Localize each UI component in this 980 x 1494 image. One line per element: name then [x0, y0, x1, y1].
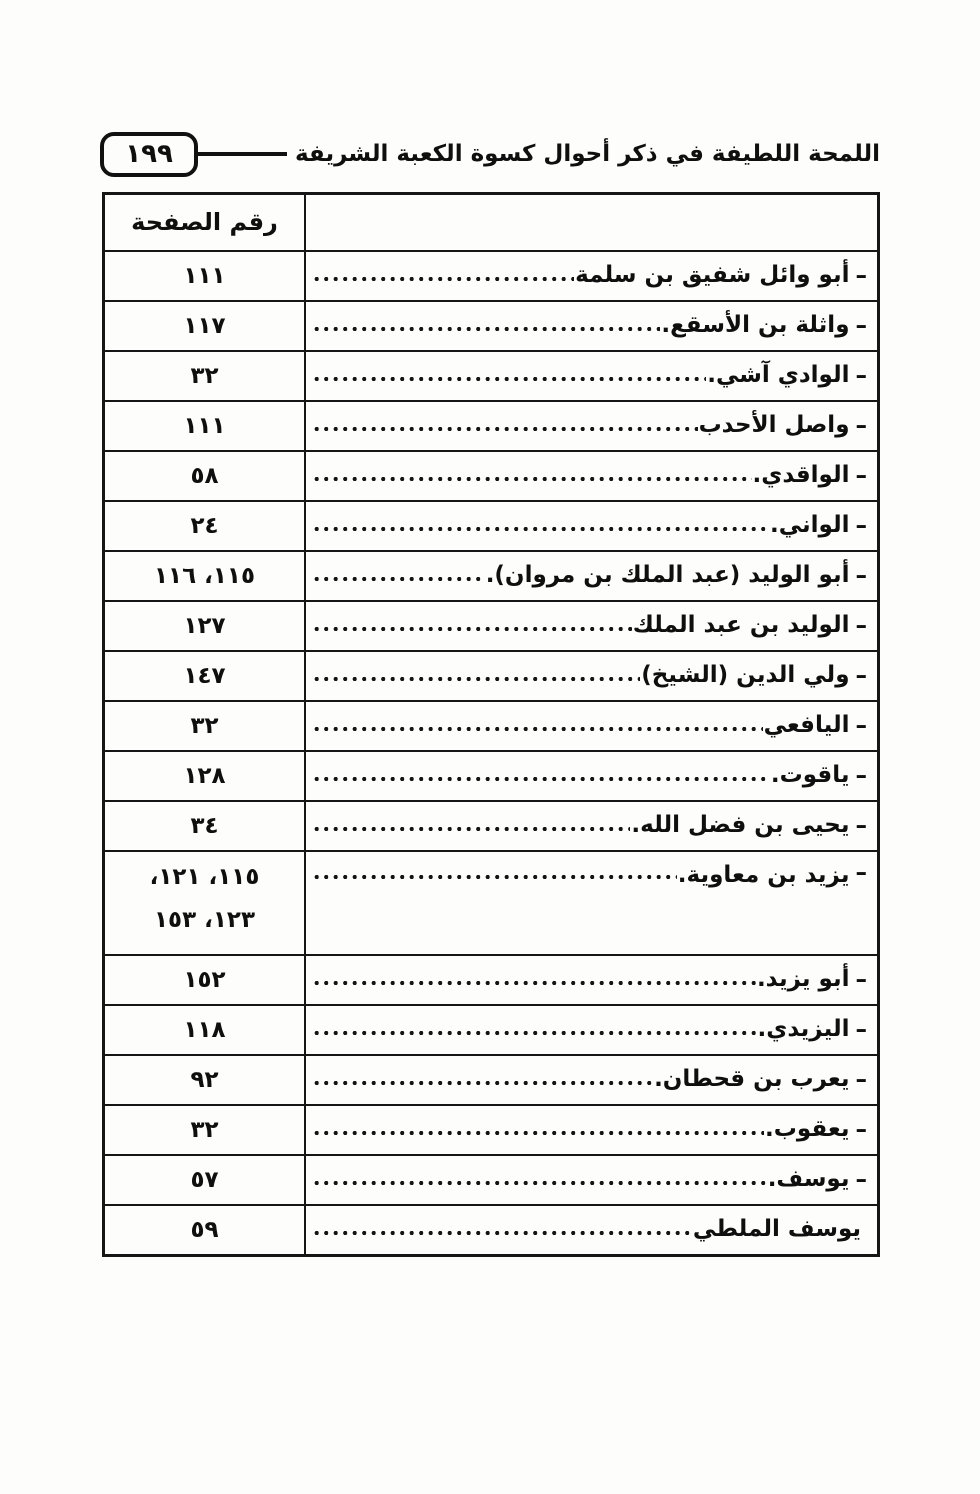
entry-name: ياقوت. — [771, 760, 850, 791]
dot-leader — [312, 1116, 764, 1144]
table-row: – يوسف. ٥٧ — [105, 1154, 877, 1204]
table-row: – واثلة بن الأسقع. ١١٧ — [105, 300, 877, 350]
dot-leader — [312, 512, 769, 540]
entry-name: يعقوب. — [765, 1114, 849, 1145]
dot-leader — [312, 662, 640, 690]
entry-name-cell: – أبو الوليد (عبد الملك بن مروان). — [304, 552, 877, 600]
dot-leader — [312, 1066, 653, 1094]
table-row: – أبو وائل شفيق بن سلمة ١١١ — [105, 250, 877, 300]
entry-name-cell: – ياقوت. — [304, 752, 877, 800]
entry-dash: – — [856, 663, 868, 689]
dot-leader — [312, 312, 660, 340]
entry-pages: ٥٨ — [105, 452, 304, 500]
entry-name-cell: – أبو يزيد. — [304, 956, 877, 1004]
entry-pages: ٩٢ — [105, 1056, 304, 1104]
entry-name: يحيى بن فضل الله. — [631, 810, 849, 841]
entry-dash: – — [856, 763, 868, 789]
entry-pages: ١٥٢ — [105, 956, 304, 1004]
entry-name-cell: – يزيد بن معاوية. — [304, 852, 877, 954]
dot-leader — [312, 362, 706, 390]
running-head: اللمحة اللطيفة في ذكر أحوال كسوة الكعبة … — [100, 128, 880, 180]
entry-name: يوسف الملطي — [693, 1214, 861, 1245]
entry-name-cell: – الواني. — [304, 502, 877, 550]
table-row: – يزيد بن معاوية. ١١٥، ١٢١، ١٢٣، ١٥٣ — [105, 850, 877, 954]
entry-pages: ١١٧ — [105, 302, 304, 350]
entry-name-cell: – أبو وائل شفيق بن سلمة — [304, 252, 877, 300]
page-column-header: رقم الصفحة — [105, 195, 304, 250]
entry-name-cell: – يعقوب. — [304, 1106, 877, 1154]
entry-pages: ١١١ — [105, 252, 304, 300]
entry-pages: ١١٥، ١١٦ — [105, 552, 304, 600]
scanned-book-page: اللمحة اللطيفة في ذكر أحوال كسوة الكعبة … — [0, 0, 980, 1494]
table-row: – الواني. ٢٤ — [105, 500, 877, 550]
entry-pages: ١١١ — [105, 402, 304, 450]
table-row: – واصل الأحدب ١١١ — [105, 400, 877, 450]
entry-name-cell: – اليافعي — [304, 702, 877, 750]
entry-dash: – — [856, 813, 868, 839]
table-row: – ياقوت. ١٢٨ — [105, 750, 877, 800]
entry-name-cell: – الواقدي. — [304, 452, 877, 500]
entry-name-cell: – يوسف. — [304, 1156, 877, 1204]
entry-name: يوسف. — [768, 1164, 850, 1195]
page-number: ١٩٩ — [125, 139, 173, 169]
table-row: – اليافعي ٣٢ — [105, 700, 877, 750]
dot-leader — [312, 612, 632, 640]
entry-name: يعرب بن قحطان. — [654, 1064, 849, 1095]
entry-dash: – — [856, 1117, 868, 1143]
entry-name: أبو وائل شفيق بن سلمة — [575, 260, 849, 291]
dot-leader — [312, 412, 698, 440]
entry-name-cell: – ولي الدين (الشيخ) — [304, 652, 877, 700]
entry-name: يزيد بن معاوية. — [678, 860, 850, 891]
entry-name: الوليد بن عبد الملك — [633, 610, 850, 641]
table-row: – أبو يزيد. ١٥٢ — [105, 954, 877, 1004]
entry-dash: – — [856, 713, 868, 739]
dot-leader — [312, 462, 752, 490]
entry-dash: – — [856, 563, 868, 589]
table-header-row: رقم الصفحة — [105, 195, 877, 250]
entry-pages: ٣٢ — [105, 352, 304, 400]
entry-pages: ٥٧ — [105, 1156, 304, 1204]
entry-dash: – — [856, 1017, 868, 1043]
table-row: – يحيى بن فضل الله. ٣٤ — [105, 800, 877, 850]
entry-dash: – — [856, 613, 868, 639]
entry-name: أبو يزيد. — [757, 964, 850, 995]
entry-dash: – — [856, 313, 868, 339]
dot-leader — [312, 1166, 767, 1194]
page-number-badge: ١٩٩ — [100, 132, 198, 177]
dot-leader — [312, 860, 677, 888]
entry-name-cell: – يعرب بن قحطان. — [304, 1056, 877, 1104]
dot-leader — [312, 812, 630, 840]
entry-name-cell: – يحيى بن فضل الله. — [304, 802, 877, 850]
table-row: – اليزيدي. ١١٨ — [105, 1004, 877, 1054]
entry-pages: ١٤٧ — [105, 652, 304, 700]
entry-name-cell: يوسف الملطي — [304, 1206, 877, 1254]
entry-dash: – — [856, 1167, 868, 1193]
entry-name-cell: – الوليد بن عبد الملك — [304, 602, 877, 650]
entry-name-cell: – اليزيدي. — [304, 1006, 877, 1054]
dot-leader — [312, 562, 485, 590]
table-row: – الوادي آشي. ٣٢ — [105, 350, 877, 400]
table-row: – يعرب بن قحطان. ٩٢ — [105, 1054, 877, 1104]
entry-pages: ١٢٨ — [105, 752, 304, 800]
entry-name: واصل الأحدب — [699, 410, 850, 441]
entry-dash: – — [856, 463, 868, 489]
entry-pages: ١١٨ — [105, 1006, 304, 1054]
entry-name: أبو الوليد (عبد الملك بن مروان). — [486, 560, 850, 591]
entry-name: اليزيدي. — [758, 1014, 850, 1045]
table-row: يوسف الملطي ٥٩ — [105, 1204, 877, 1254]
entry-name: واثلة بن الأسقع. — [661, 310, 849, 341]
entry-name-cell: – واثلة بن الأسقع. — [304, 302, 877, 350]
entry-pages: ٥٩ — [105, 1206, 304, 1254]
entry-dash: – — [856, 263, 868, 289]
entry-name-cell: – واصل الأحدب — [304, 402, 877, 450]
entry-dash: – — [856, 513, 868, 539]
dot-leader — [312, 712, 763, 740]
entry-dash: – — [856, 967, 868, 993]
entry-name: الواقدي. — [753, 460, 850, 491]
entry-pages: ٢٤ — [105, 502, 304, 550]
header-rule — [198, 152, 287, 156]
entry-pages: ٣٢ — [105, 702, 304, 750]
dot-leader — [312, 1016, 757, 1044]
name-column-header — [304, 195, 877, 250]
dot-leader — [312, 762, 770, 790]
entry-dash: – — [856, 363, 868, 389]
table-row: – يعقوب. ٣٢ — [105, 1104, 877, 1154]
table-row: – الوليد بن عبد الملك ١٢٧ — [105, 600, 877, 650]
entry-pages: ١١٥، ١٢١، ١٢٣، ١٥٣ — [105, 852, 304, 954]
book-title: اللمحة اللطيفة في ذكر أحوال كسوة الكعبة … — [295, 141, 880, 167]
entry-dash: – — [856, 860, 868, 886]
index-table: رقم الصفحة – أبو وائل شفيق بن سلمة ١١١ –… — [102, 192, 880, 1257]
entry-dash: – — [856, 413, 868, 439]
entry-name: الوادي آشي. — [707, 360, 849, 391]
entry-pages: ٣٢ — [105, 1106, 304, 1154]
table-row: – ولي الدين (الشيخ) ١٤٧ — [105, 650, 877, 700]
dot-leader — [312, 1216, 692, 1244]
table-row: – أبو الوليد (عبد الملك بن مروان). ١١٥، … — [105, 550, 877, 600]
entry-name: ولي الدين (الشيخ) — [641, 660, 849, 691]
table-row: – الواقدي. ٥٨ — [105, 450, 877, 500]
dot-leader — [312, 966, 756, 994]
dot-leader — [312, 262, 574, 290]
entry-pages: ١٢٧ — [105, 602, 304, 650]
entry-name: الواني. — [770, 510, 849, 541]
entry-pages: ٣٤ — [105, 802, 304, 850]
entry-name: اليافعي — [764, 710, 850, 741]
entry-dash: – — [856, 1067, 868, 1093]
entry-name-cell: – الوادي آشي. — [304, 352, 877, 400]
